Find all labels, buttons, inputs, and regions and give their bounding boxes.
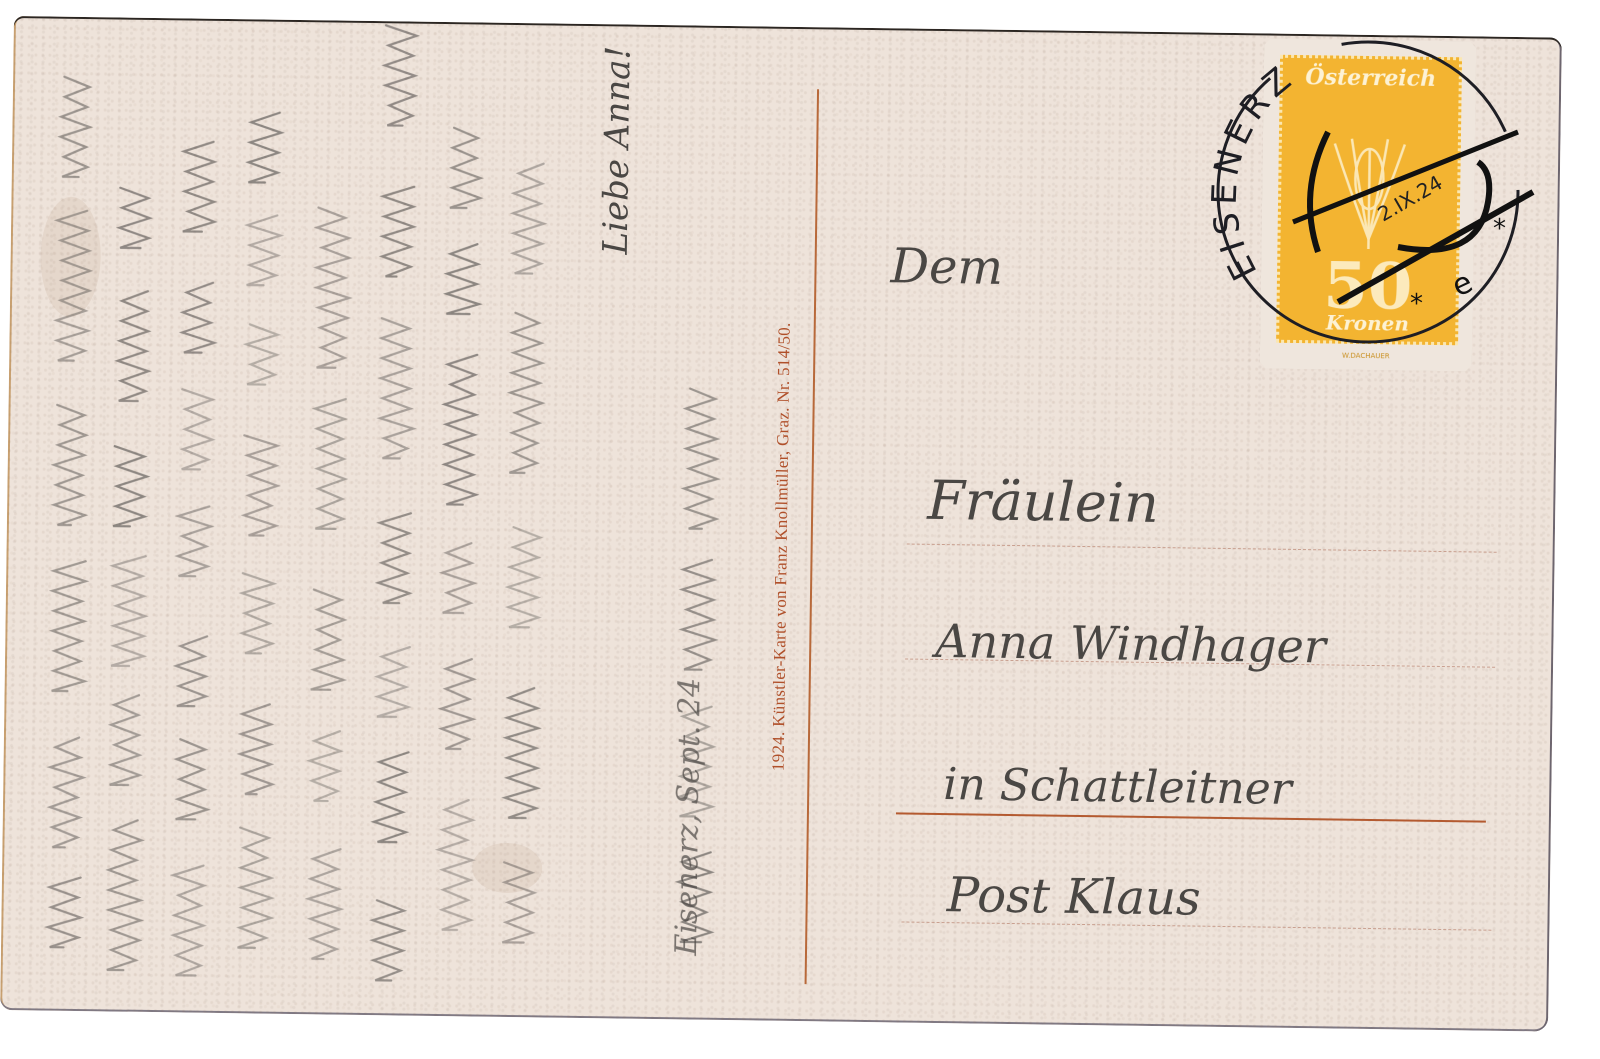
svg-text:e: e (1447, 265, 1479, 305)
address-line-1: Fräulein (927, 469, 1159, 535)
message-greeting: Liebe Anna! (596, 46, 639, 255)
svg-text:EISENERZ: EISENERZ (1205, 56, 1304, 286)
address-line-4: Post Klaus (946, 867, 1201, 927)
address-line-3: in Schattleitner (943, 759, 1292, 815)
svg-text:*: * (1410, 289, 1423, 319)
stamp-engraver: W.DACHAUER (1260, 351, 1472, 362)
postmark-date: 2.IX.24 (1374, 170, 1447, 226)
address-line-2: Anna Windhager (935, 614, 1326, 673)
postmark-cancellation: EISENERZ 2.IX.24 e * * (1188, 22, 1548, 352)
message-date: Eisenerz, Sept. 24 (669, 678, 708, 956)
address-salutation: Dem (890, 238, 1003, 296)
svg-text:*: * (1493, 214, 1506, 244)
